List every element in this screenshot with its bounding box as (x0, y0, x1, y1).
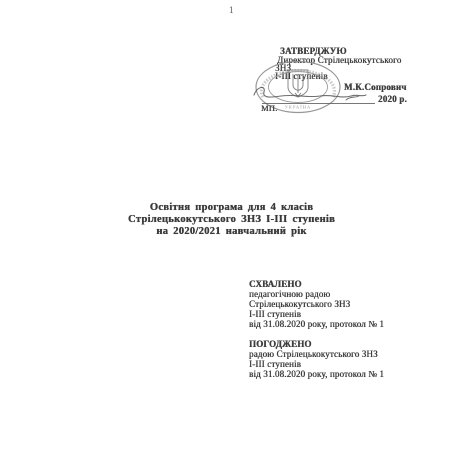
agreed-title: ПОГОДЖЕНО (249, 339, 384, 349)
document-title: Освітня програма для 4 класів Стрілецько… (10, 202, 453, 238)
approved-line3: І-ІІІ ступенів (249, 309, 384, 319)
seal-place-label: МП. (261, 104, 277, 113)
approved-title: СХВАЛЕНО (249, 279, 384, 289)
agreed-line1: радою Стрілецькокутського ЗНЗ (249, 349, 384, 359)
year-label: 2020 р. (378, 95, 407, 104)
approved-block: СХВАЛЕНО педагогічною радою Стрілецькоку… (249, 279, 384, 329)
agreed-line2: І-ІІІ ступенів (249, 359, 384, 369)
document-page: 1 ЗАТВЕРДЖУЮ Директор Стрілецькокутськог… (0, 0, 453, 453)
approved-line1: педагогічною радою (249, 289, 384, 299)
page-number: 1 (229, 5, 234, 15)
document-title-line2: Стрілецькокутського ЗНЗ І-ІІІ ступенів (10, 214, 453, 226)
approved-line2: Стрілецькокутського ЗНЗ (249, 299, 384, 309)
agreed-line3: від 31.08.2020 року, протокол № 1 (249, 369, 384, 379)
approved-line4: від 31.08.2020 року, протокол № 1 (249, 319, 384, 329)
document-title-line3: на 2020/2021 навчальний рік (10, 226, 453, 238)
agreed-block: ПОГОДЖЕНО радою Стрілецькокутського ЗНЗ … (249, 339, 384, 379)
document-title-line1: Освітня програма для 4 класів (10, 202, 453, 214)
